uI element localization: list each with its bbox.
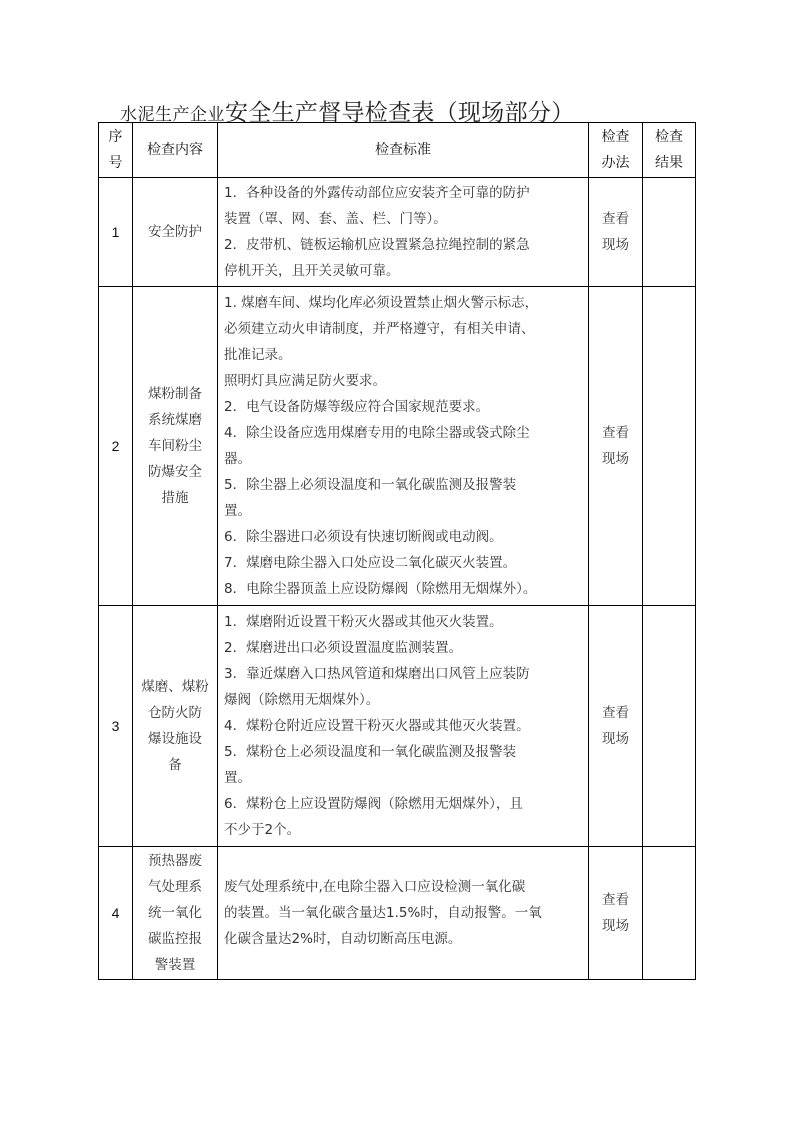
row-number: 1	[99, 178, 133, 287]
table-row: 1 安全防护 1．各种设备的外露传动部位应安装齐全可靠的防护 装置（罩、网、套、…	[99, 178, 696, 287]
check-result-cell[interactable]	[643, 178, 696, 287]
table-row: 2 煤粉制备 系统煤磨 车间粉尘 防爆安全 措施 1. 煤磨车间、煤均化库必须设…	[99, 287, 696, 606]
header-standard: 检查标准	[218, 123, 589, 178]
check-result-cell[interactable]	[643, 287, 696, 606]
table-header-row: 序 号 检查内容 检查标准 检查 办法 检查 结果	[99, 123, 696, 178]
inspection-table: 序 号 检查内容 检查标准 检查 办法 检查 结果 1 安全防护 1．各种设备的…	[98, 122, 696, 980]
check-content: 煤粉制备 系统煤磨 车间粉尘 防爆安全 措施	[133, 287, 218, 606]
check-method: 查看 现场	[589, 178, 643, 287]
check-method: 查看 现场	[589, 606, 643, 847]
header-content: 检查内容	[133, 123, 218, 178]
header-no: 序 号	[99, 123, 133, 178]
check-content: 预热器废 气处理系 统一氧化 碳监控报 警装置	[133, 847, 218, 980]
row-number: 3	[99, 606, 133, 847]
check-method: 查看 现场	[589, 287, 643, 606]
check-content: 煤磨、煤粉 仓防火防 爆设施设 备	[133, 606, 218, 847]
check-standard: 废气处理系统中,在电除尘器入口应设检测一氧化碳 的装置。当一氧化碳含量达1.5%…	[218, 847, 589, 980]
header-result: 检查 结果	[643, 123, 696, 178]
row-number: 4	[99, 847, 133, 980]
table-row: 4 预热器废 气处理系 统一氧化 碳监控报 警装置 废气处理系统中,在电除尘器入…	[99, 847, 696, 980]
table-row: 3 煤磨、煤粉 仓防火防 爆设施设 备 1．煤磨附近设置干粉灭火器或其他灭火装置…	[99, 606, 696, 847]
check-standard: 1．各种设备的外露传动部位应安装齐全可靠的防护 装置（罩、网、套、盖、栏、门等）…	[218, 178, 589, 287]
check-result-cell[interactable]	[643, 847, 696, 980]
check-standard: 1. 煤磨车间、煤均化库必须设置禁止烟火警示标志， 必须建立动火申请制度，并严格…	[218, 287, 589, 606]
check-standard: 1．煤磨附近设置干粉灭火器或其他灭火装置。 2．煤磨进出口必须设置温度监测装置。…	[218, 606, 589, 847]
check-method: 查看 现场	[589, 847, 643, 980]
check-result-cell[interactable]	[643, 606, 696, 847]
check-content: 安全防护	[133, 178, 218, 287]
header-method: 检查 办法	[589, 123, 643, 178]
row-number: 2	[99, 287, 133, 606]
